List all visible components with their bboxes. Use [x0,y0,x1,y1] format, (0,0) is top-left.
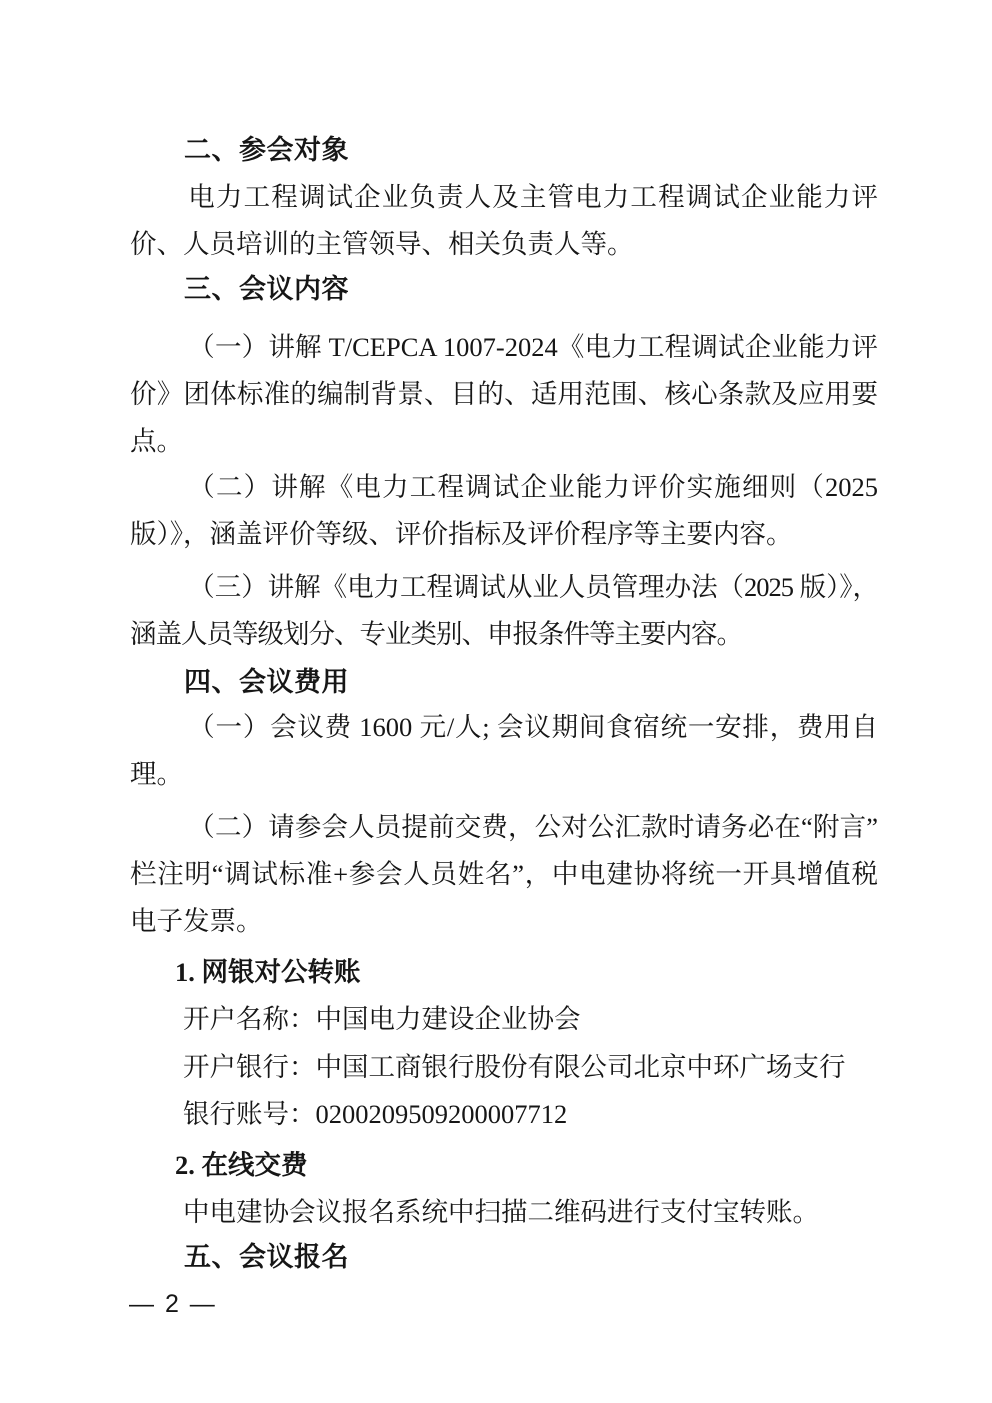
bank-label: 开户银行： [183,1052,316,1082]
agenda-item-1: （一）讲解 T/CEPCA 1007-2024《电力工程调试企业能力评价》团体标… [130,324,878,465]
page-number: — 2 — [129,1287,217,1321]
section-heading-agenda: 三、会议内容 [130,266,878,313]
document-page: 二、参会对象 电力工程调试企业负责人及主管电力工程调试企业能力评价、人员培训的主… [0,0,992,1403]
participants-paragraph: 电力工程调试企业负责人及主管电力工程调试企业能力评价、人员培训的主管领导、相关负… [130,174,878,268]
bank-branch-line: 开户银行：中国工商银行股份有限公司北京中环广场支行 [130,1044,878,1091]
bank-value: 中国工商银行股份有限公司北京中环广场支行 [316,1052,846,1082]
bank-transfer-subheading: 1. 网银对公转账 [130,949,878,996]
account-number-value: 0200209509200007712 [316,1099,568,1129]
section-heading-fees: 四、会议费用 [130,659,878,706]
bank-account-name-line: 开户名称：中国电力建设企业协会 [130,996,878,1043]
section-heading-registration: 五、会议报名 [130,1234,878,1281]
online-payment-subheading: 2. 在线交费 [130,1142,878,1189]
account-name-label: 开户名称： [183,1004,316,1034]
fees-item-2: （二）请参会人员提前交费，公对公汇款时请务必在“附言”栏注明“调试标准+参会人员… [130,804,878,945]
account-name-value: 中国电力建设企业协会 [316,1004,581,1034]
agenda-item-2: （二）讲解《电力工程调试企业能力评价实施细则（2025 版）》，涵盖评价等级、评… [130,464,878,558]
section-heading-participants: 二、参会对象 [130,127,878,174]
agenda-item-3: （三）讲解《电力工程调试从业人员管理办法（2025 版）》，涵盖人员等级划分、专… [130,564,878,658]
online-payment-description: 中电建协会议报名系统中扫描二维码进行支付宝转账。 [130,1189,878,1236]
bank-account-number-line: 银行账号：0200209509200007712 [130,1091,878,1138]
account-number-label: 银行账号： [183,1099,316,1129]
fees-item-1: （一）会议费 1600 元/人; 会议期间食宿统一安排，费用自理。 [130,704,878,798]
